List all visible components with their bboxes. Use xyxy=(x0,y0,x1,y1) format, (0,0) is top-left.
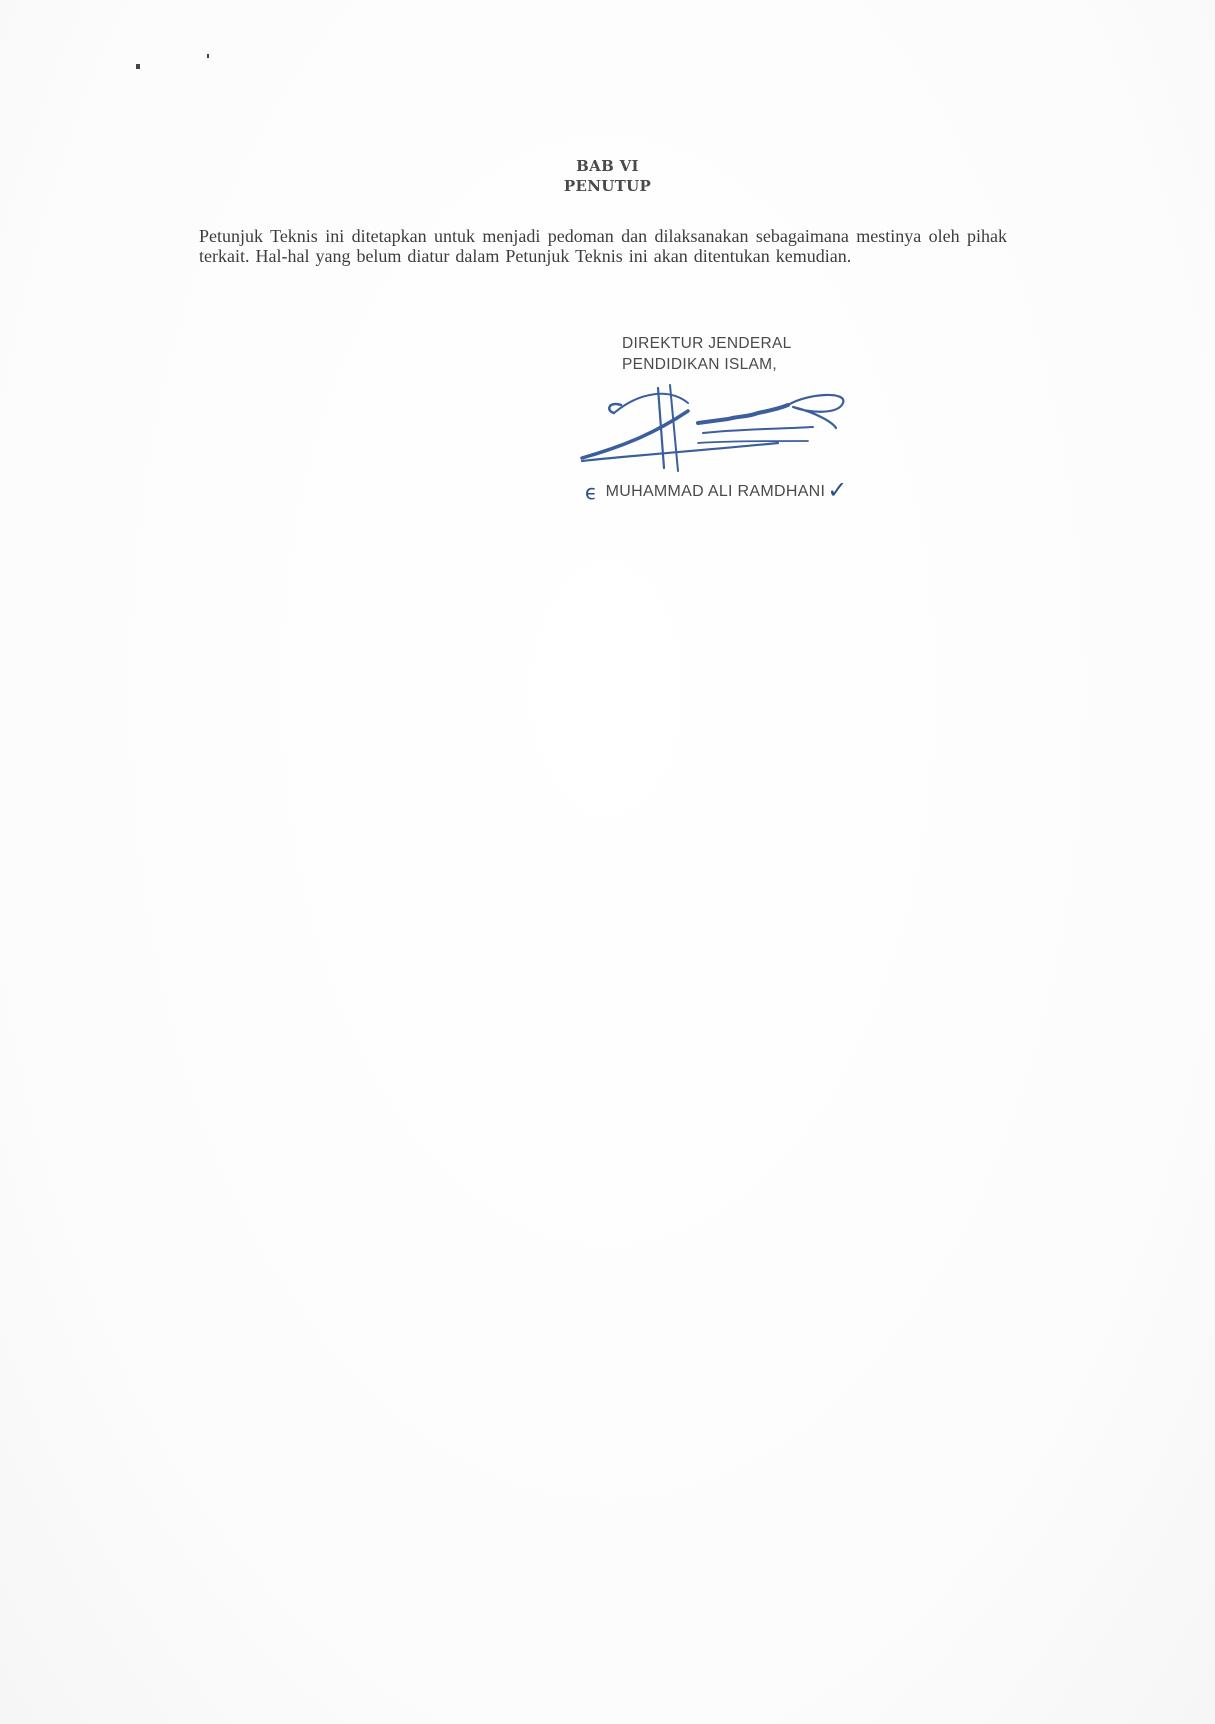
scan-artifact xyxy=(136,64,140,69)
chapter-number: BAB VI xyxy=(0,156,1215,176)
signatory-name-line: ϵ MUHAMMAD ALI RAMDHANI ✓ xyxy=(585,478,848,506)
signatory-name: MUHAMMAD ALI RAMDHANI xyxy=(606,483,826,501)
scan-artifact xyxy=(207,54,209,58)
position-line-1: DIREKTUR JENDERAL xyxy=(622,333,792,354)
chapter-title: PENUTUP xyxy=(0,176,1215,196)
handwritten-signature xyxy=(578,383,878,473)
initial-mark-icon: ϵ xyxy=(585,480,598,504)
signatory-position: DIREKTUR JENDERAL PENDIDIKAN ISLAM, xyxy=(622,333,792,375)
scanned-page: BAB VI PENUTUP Petunjuk Teknis ini ditet… xyxy=(0,0,1215,1724)
check-mark-icon: ✓ xyxy=(827,476,847,504)
closing-paragraph: Petunjuk Teknis ini ditetapkan untuk men… xyxy=(199,227,1007,266)
position-line-2: PENDIDIKAN ISLAM, xyxy=(622,354,792,375)
